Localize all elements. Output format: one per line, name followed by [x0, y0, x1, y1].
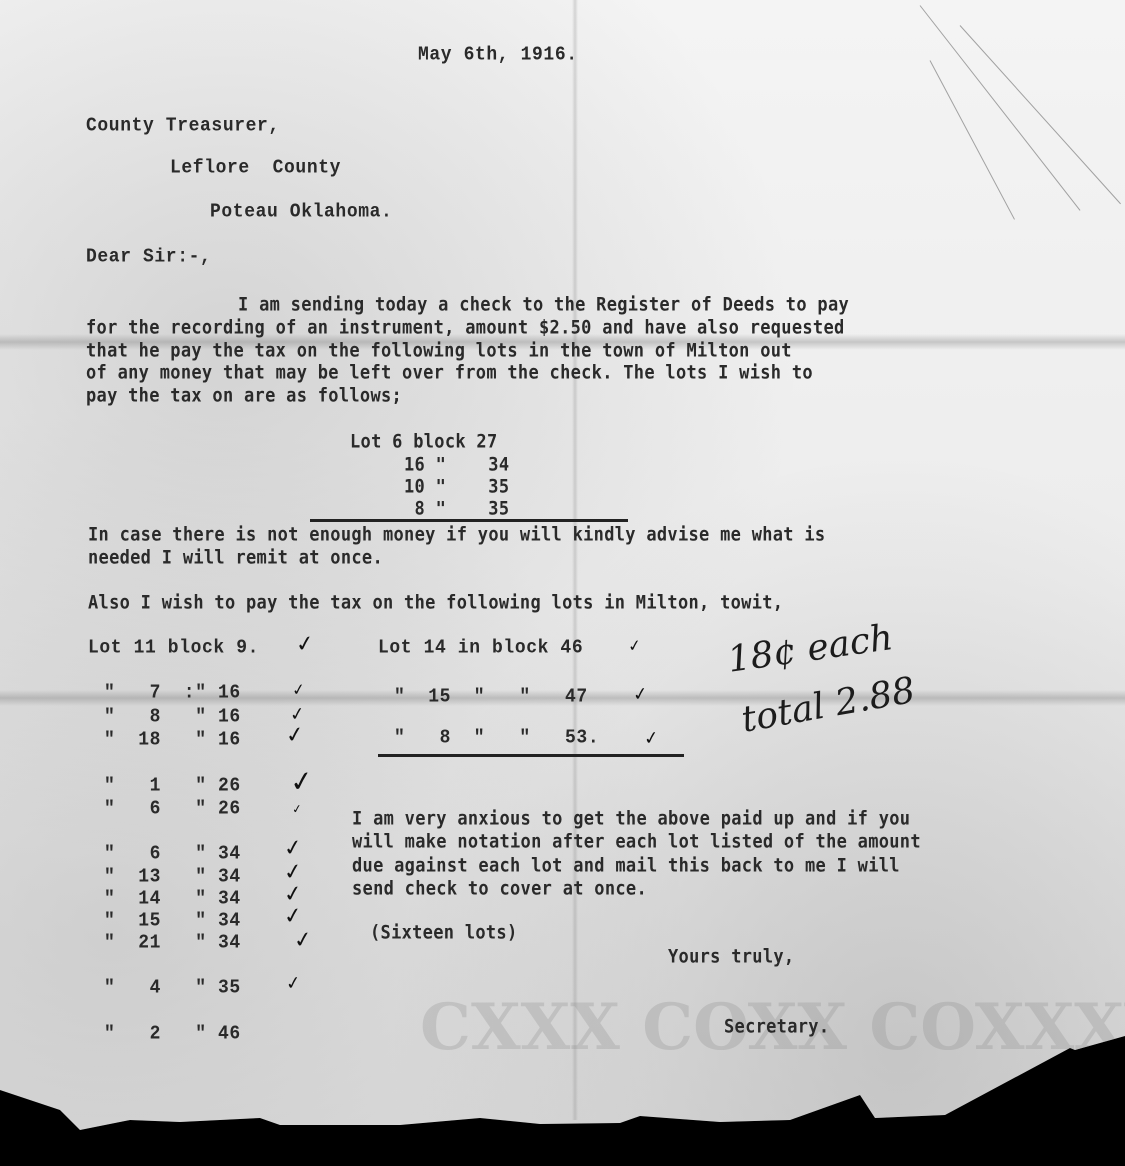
right-column-underline	[378, 754, 684, 757]
paragraph-2-line: In case there is not enough money if you…	[88, 524, 825, 546]
lot-entry: " 15 " " 47	[394, 686, 588, 708]
check-mark-icon: ✓	[285, 724, 306, 748]
first-lot-line: 8 " 35	[404, 498, 509, 520]
check-mark-icon: ✓	[285, 974, 302, 994]
paragraph-4-line: will make notation after each lot listed…	[352, 831, 921, 853]
check-mark-icon: ✓	[291, 802, 303, 815]
paragraph-1-line: that he pay the tax on the following lot…	[86, 340, 792, 362]
check-mark-icon: ✓	[288, 767, 315, 798]
paragraph-1-line: I am sending today a check to the Regist…	[238, 294, 849, 316]
paragraph-3: Also I wish to pay the tax on the follow…	[88, 592, 783, 614]
first-lot-line: 10 " 35	[404, 476, 509, 498]
lot-entry: Lot 14 in block 46	[378, 637, 583, 659]
lot-entry: Lot 11 block 9.	[88, 637, 259, 659]
check-mark-icon: ✓	[293, 929, 314, 953]
paragraph-2-line: needed I will remit at once.	[88, 547, 383, 569]
recipient-line-1: County Treasurer,	[86, 115, 280, 137]
signature-title: Secretary.	[724, 1016, 829, 1038]
lot-entry: " 8 " " 53.	[394, 727, 599, 749]
letter-paper: CXXX COXX COXXXXXX May 6th, 1916. County…	[0, 0, 1125, 1166]
letter-date: May 6th, 1916.	[418, 44, 578, 66]
first-lot-line: 16 " 34	[404, 454, 509, 476]
check-mark-icon: ✓	[643, 729, 660, 749]
closing: Yours truly,	[668, 946, 794, 968]
paragraph-1-line: of any money that may be left over from …	[86, 362, 813, 384]
paragraph-4-line: I am very anxious to get the above paid …	[352, 808, 910, 830]
salutation: Dear Sir:-,	[86, 246, 211, 268]
lot-entry: " 6 " 34	[104, 843, 241, 865]
lot-entry: " 14 " 34	[104, 888, 241, 910]
handwritten-rate: 18¢ each	[725, 617, 895, 681]
check-mark-icon: ✓	[632, 685, 649, 705]
paper-crack	[930, 60, 1015, 219]
check-mark-icon: ✓	[627, 637, 643, 655]
lot-entry: " 1 " 26	[104, 775, 241, 797]
first-lot-line: Lot 6 block 27	[350, 431, 498, 453]
lot-entry: " 15 " 34	[104, 910, 241, 932]
lot-entry: " 2 " 46	[104, 1023, 241, 1045]
paper-crack	[920, 5, 1081, 210]
lot-entry: " 21 " 34	[104, 932, 241, 954]
check-mark-icon: ✓	[291, 681, 307, 699]
recipient-line-2: Leflore County	[170, 157, 341, 179]
handwritten-total: total 2.88	[738, 670, 918, 741]
paragraph-1-line: for the recording of an instrument, amou…	[86, 317, 845, 339]
lot-entry: " 8 " 16	[104, 706, 241, 728]
first-lots-underline	[310, 519, 628, 522]
lot-entry: " 18 " 16	[104, 729, 241, 751]
check-mark-icon: ✓	[283, 837, 304, 861]
recipient-line-3: Poteau Oklahoma.	[210, 201, 392, 223]
check-mark-icon: ✓	[283, 905, 304, 929]
lot-entry: " 6 " 26	[104, 798, 241, 820]
lot-entry: " 7 :" 16	[104, 682, 241, 704]
fold-crease	[572, 0, 578, 1120]
lot-entry: " 13 " 34	[104, 866, 241, 888]
lot-entry: " 4 " 35	[104, 977, 241, 999]
paragraph-4-line: send check to cover at once.	[352, 878, 647, 900]
check-mark-icon: ✓	[295, 633, 316, 657]
paragraph-4-line: due against each lot and mail this back …	[352, 855, 900, 877]
paragraph-1-line: pay the tax on are as follows;	[86, 385, 402, 407]
lot-count-note: (Sixteen lots)	[370, 922, 518, 944]
paper-crack	[960, 25, 1121, 204]
